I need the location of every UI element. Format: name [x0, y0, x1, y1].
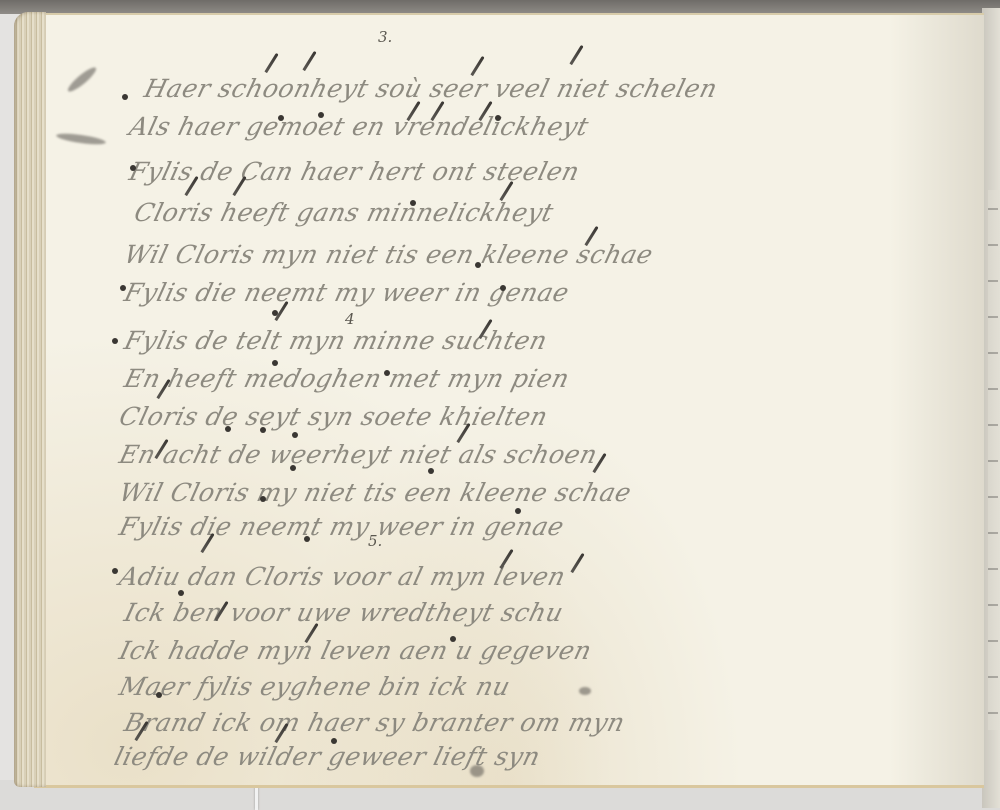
ink-dot — [272, 360, 278, 366]
scanner-background-top — [0, 0, 1000, 14]
ink-dot — [410, 200, 416, 206]
stanza-number-3: 3. — [378, 28, 392, 46]
manuscript-line: Fylis die neemt my weer in genae — [116, 512, 567, 541]
ink-dot — [475, 262, 481, 268]
ink-dot — [331, 738, 337, 744]
manuscript-line: En heeft medoghen met myn pien — [121, 364, 572, 393]
manuscript-line: Wil Cloris my niet tis een kleene schae — [116, 478, 634, 507]
ink-dot — [450, 636, 456, 642]
ink-dot — [225, 426, 231, 432]
ink-dot — [278, 115, 284, 121]
book-page-stack-edge — [14, 12, 46, 787]
stanza-number-5: 5. — [368, 532, 382, 550]
ink-dot — [112, 568, 118, 574]
manuscript-line: En acht de weerheyt niet als schoen — [116, 440, 600, 469]
ink-dot — [292, 432, 298, 438]
facing-page-writing — [988, 190, 998, 730]
manuscript-line: Ick hadde myn leven aen u gegeven — [116, 636, 595, 665]
ink-smudge — [65, 64, 98, 94]
manuscript-line: Cloris heeft gans minnelickheyt — [131, 198, 556, 227]
ink-dot — [156, 692, 162, 698]
ink-dot — [304, 536, 310, 542]
ink-dot — [384, 370, 390, 376]
manuscript-line: Haer schoonheyt soù seer veel niet schel… — [141, 74, 720, 103]
manuscript-line: Ick ben voor uwe wredtheyt schu — [121, 598, 566, 627]
ink-dot — [290, 465, 296, 471]
ink-dot — [515, 508, 521, 514]
ink-dot — [495, 115, 501, 121]
manuscript-line: Fylis die neemt my weer in genae — [121, 278, 572, 307]
ink-smudge — [56, 132, 107, 147]
ink-blot — [579, 687, 591, 695]
ink-dot — [178, 590, 184, 596]
manuscript-line: Wil Cloris myn niet tis een kleene schae — [121, 240, 656, 269]
ink-dot — [122, 94, 128, 100]
ink-dot — [428, 468, 434, 474]
manuscript-line: Maer fylis eyghene bin ick nu — [116, 672, 513, 701]
ink-dot — [500, 285, 506, 291]
manuscript-line: Cloris de seyt syn soete khielten — [116, 402, 551, 431]
ink-dot — [112, 338, 118, 344]
manuscript-line: liefde de wilder geweer lieft syn — [111, 742, 543, 771]
ink-dot — [130, 165, 136, 171]
ink-dot — [318, 112, 324, 118]
ink-dot — [260, 427, 266, 433]
manuscript-line: Als haer gemoet en vrendelickheyt — [126, 112, 591, 141]
ink-dot — [260, 496, 266, 502]
ink-dot — [120, 285, 126, 291]
manuscript-line: Brand ick om haer sy branter om myn — [121, 708, 628, 737]
